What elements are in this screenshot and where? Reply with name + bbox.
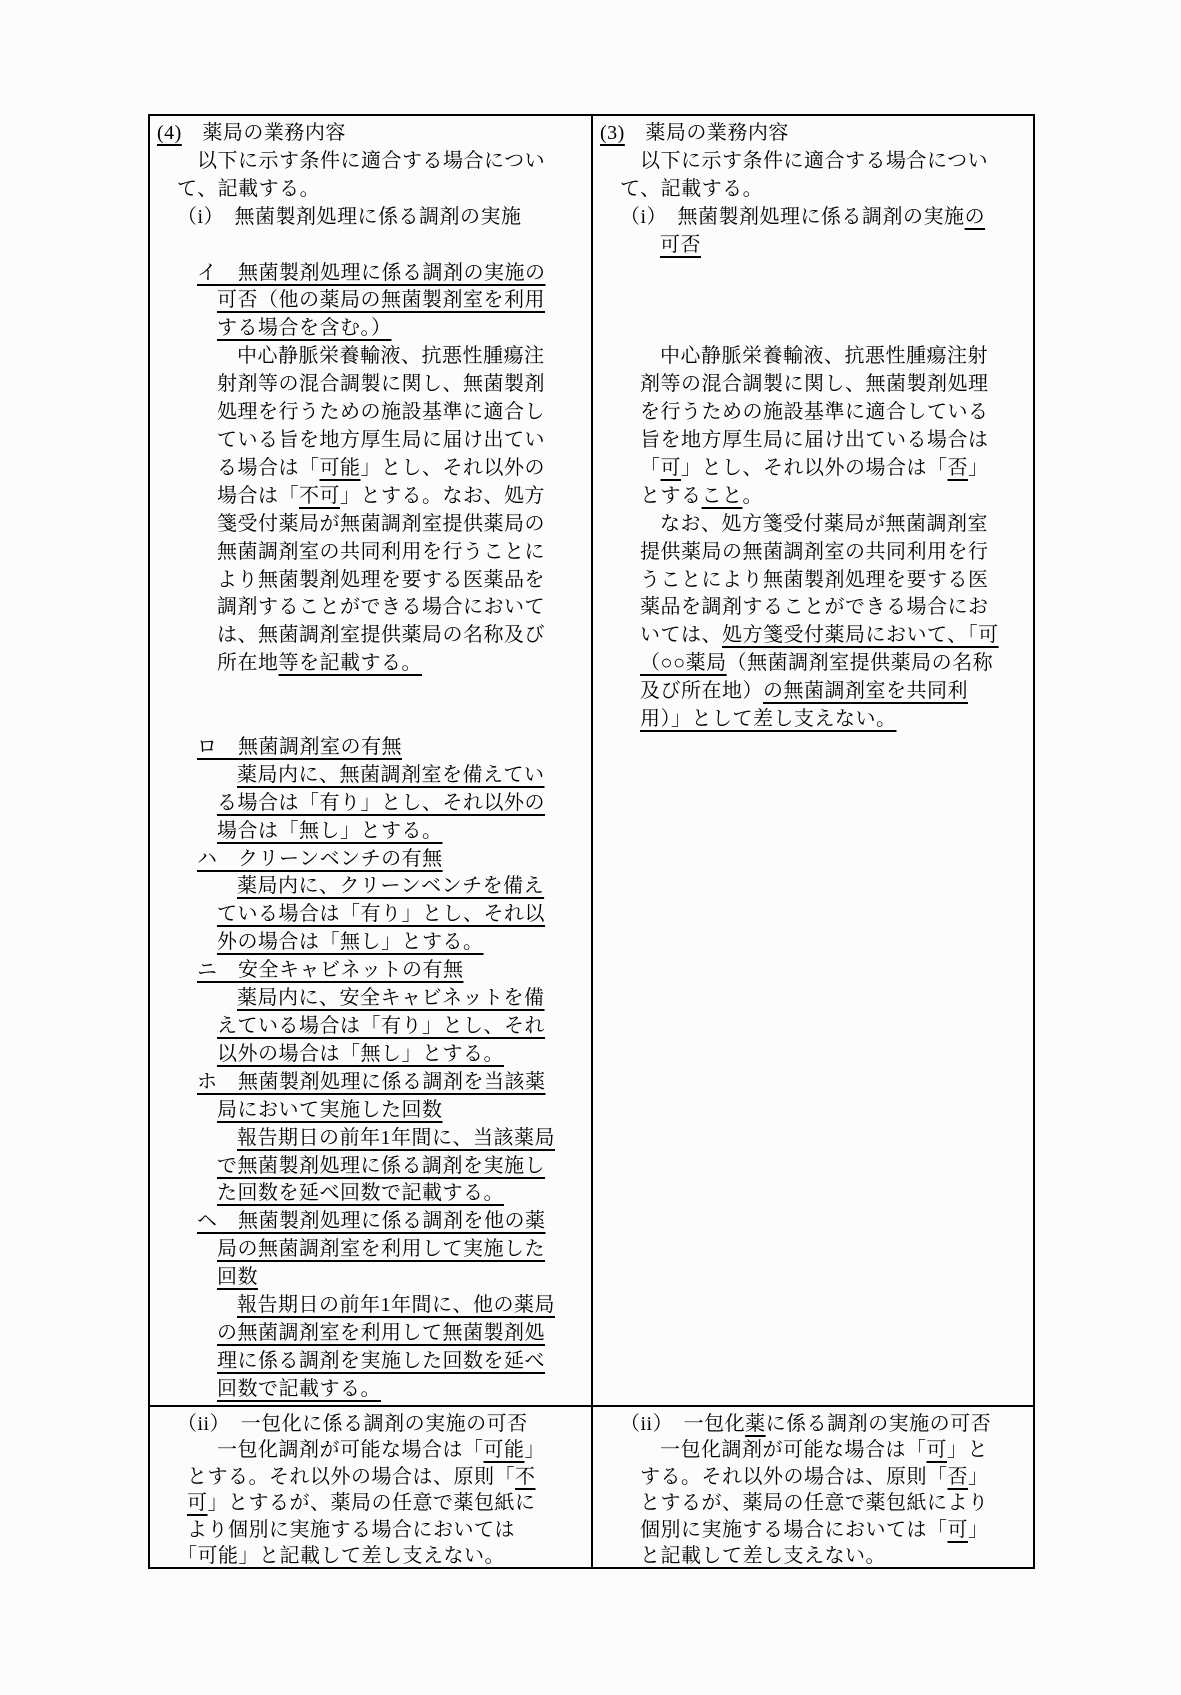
table-cell-row1-left: (4) 薬局の業務内容以下に示す条件に適合する場合について、記載する。（i） 無… — [150, 116, 593, 1407]
text-line: 一包化調剤が可能な場合は「可」と — [600, 1437, 1031, 1463]
text-line: 旨を地方厚生局に届け出ている場合は — [600, 427, 1031, 455]
text-line: （i） 無菌製剤処理に係る調剤の実施の — [600, 204, 1031, 232]
comparison-table: (4) 薬局の業務内容以下に示す条件に適合する場合について、記載する。（i） 無… — [148, 114, 1035, 1569]
underlined-text: 処方箋受付薬局において、「可 — [722, 624, 999, 646]
text: うことにより無菌製剤処理を要する医 — [640, 569, 989, 591]
underlined-text: ホ 無菌製剤処理に係る調剤を当該薬 — [197, 1071, 546, 1093]
text: （ii） 一包化に係る調剤の実施の可否 — [177, 1413, 528, 1435]
text-line: て、記載する。 — [157, 176, 589, 204]
text-line: 可」とするが、薬局の任意で薬包紙に — [157, 1490, 589, 1516]
text: に係る調剤の実施の可否 — [766, 1413, 992, 1435]
underlined-text: の無菌調剤室を共同利 — [763, 680, 968, 702]
text-line — [600, 260, 1031, 288]
text-line: 所在地等を記載する。 — [157, 650, 589, 678]
text-line: 外の場合は「無し」とする。 — [157, 929, 589, 957]
text: 」とし、それ以外の — [361, 457, 546, 479]
text-line: 以下に示す条件に適合する場合につい — [600, 148, 1031, 176]
text: 「 — [640, 457, 661, 479]
text-line: で無菌製剤処理に係る調剤を実施し — [157, 1153, 589, 1181]
text-line: 「可能」と記載して差し支えない。 — [157, 1543, 589, 1567]
text-line: 薬局内に、クリーンベンチを備え — [157, 873, 589, 901]
text-line: 可否 — [600, 232, 1031, 260]
text-line: 可否（他の薬局の無菌製剤室を利用 — [157, 287, 589, 315]
underlined-text: 可否（他の薬局の無菌製剤室を利用 — [217, 289, 545, 311]
table-cell-row2-left: （ii） 一包化に係る調剤の実施の可否一包化調剤が可能な場合は「可能」とする。そ… — [150, 1407, 593, 1567]
text: 中心静脈栄養輸液、抗悪性腫瘍注射 — [660, 345, 988, 367]
underlined-text: の — [965, 206, 986, 228]
text: 」とする。なお、処方 — [340, 485, 545, 507]
text-line: (3) 薬局の業務内容 — [600, 120, 1031, 148]
text: とするが、薬局の任意で薬包紙により — [640, 1492, 989, 1514]
text: とする。それ以外の場合は、原則「 — [187, 1466, 515, 1488]
text-line: 場合は「無し」とする。 — [157, 818, 589, 846]
text: （無菌調剤室提供薬局の名称 — [727, 652, 994, 674]
underlined-text: イ 無菌製剤処理に係る調剤の実施の — [197, 262, 546, 284]
text-line: 「可」とし、それ以外の場合は「否」 — [600, 455, 1031, 483]
text-line: 箋受付薬局が無菌調剤室提供薬局の — [157, 511, 589, 539]
text-line: 無菌調剤室の共同利用を行うことに — [157, 539, 589, 567]
underlined-text: 回数で記載する。 — [217, 1378, 381, 1400]
underlined-text: (4) — [157, 122, 182, 144]
underlined-text: (3) — [600, 122, 625, 144]
underlined-text: ハ クリーンベンチの有無 — [197, 848, 443, 870]
underlined-text: 等を記載する。 — [279, 652, 423, 674]
text-line: より個別に実施する場合においては — [157, 1517, 589, 1543]
underlined-text: ニ 安全キャビネットの有無 — [197, 959, 464, 981]
text: 旨を地方厚生局に届け出ている場合は — [640, 429, 989, 451]
text: いては、 — [640, 624, 722, 646]
text-line: 場合は「不可」とする。なお、処方 — [157, 483, 589, 511]
text-line: （i） 無菌製剤処理に係る調剤の実施 — [157, 204, 589, 232]
text-line: た回数を延べ回数で記載する。 — [157, 1180, 589, 1208]
text-line: 中心静脈栄養輸液、抗悪性腫瘍注射 — [600, 343, 1031, 371]
text-line: ロ 無菌調剤室の有無 — [157, 734, 589, 762]
text: 」とし、それ以外の場合は「 — [681, 457, 948, 479]
text-line: 局の無菌調剤室を利用して実施した — [157, 1236, 589, 1264]
underlined-text: 不可 — [299, 485, 340, 507]
text: より個別に実施する場合においては — [187, 1519, 515, 1541]
text: 「 — [177, 1545, 198, 1567]
underlined-text: 否 — [948, 457, 969, 479]
table-cell-row2-right: （ii） 一包化薬に係る調剤の実施の可否一包化調剤が可能な場合は「可」とする。そ… — [593, 1407, 1033, 1567]
text: 処理を行うための施設基準に適合し — [217, 401, 545, 423]
text-line: えている場合は「有り」とし、それ — [157, 1013, 589, 1041]
text-line: ヘ 無菌製剤処理に係る調剤を他の薬 — [157, 1208, 589, 1236]
text: を行うための施設基準に適合している — [640, 401, 989, 423]
text: 調剤することができる場合において — [217, 596, 545, 618]
underlined-text: 可能 — [198, 1545, 239, 1567]
text-line: て、記載する。 — [600, 176, 1031, 204]
text-line: は、無菌調剤室提供薬局の名称及び — [157, 622, 589, 650]
text-line: 用）」として差し支えない。 — [600, 706, 1031, 734]
text-line: 調剤することができる場合において — [157, 594, 589, 622]
text: 」 — [968, 1466, 989, 1488]
text-line: する。それ以外の場合は、原則「否」 — [600, 1464, 1031, 1490]
underlined-text: ロ 無菌調剤室の有無 — [197, 736, 402, 758]
underlined-text: 不 — [515, 1466, 536, 1488]
text: 個別に実施する場合においては「 — [640, 1519, 948, 1541]
text-line: の無菌調剤室を利用して無菌製剤処 — [157, 1320, 589, 1348]
text-line — [157, 232, 589, 260]
text-line: 処理を行うための施設基準に適合し — [157, 399, 589, 427]
text: （i） 無菌製剤処理に係る調剤の実施 — [620, 206, 965, 228]
underlined-text: 外の場合は「無し」とする。 — [217, 931, 484, 953]
text: 」と — [947, 1439, 988, 1461]
text-line: ている場合は「有り」とし、それ以 — [157, 901, 589, 929]
underlined-text: 以外の場合は「無し」とする。 — [217, 1043, 504, 1065]
text-line: 射剤等の混合調製に関し、無菌製剤 — [157, 371, 589, 399]
underlined-text: えている場合は「有り」とし、それ — [217, 1015, 545, 1037]
text-line: （ii） 一包化薬に係る調剤の実施の可否 — [600, 1411, 1031, 1437]
text: 剤等の混合調製に関し、無菌製剤処理 — [640, 373, 989, 395]
text: て、記載する。 — [620, 178, 763, 200]
underlined-text: 可 — [661, 457, 682, 479]
text-line: 薬局内に、無菌調剤室を備えてい — [157, 762, 589, 790]
text: 」とするが、薬局の任意で薬包紙に — [208, 1492, 536, 1514]
table-cell-row1-right: (3) 薬局の業務内容以下に示す条件に適合する場合について、記載する。（i） 無… — [593, 116, 1033, 1407]
text-line: 薬局内に、安全キャビネットを備 — [157, 985, 589, 1013]
text: 及び所在地） — [640, 680, 763, 702]
text-line: 回数で記載する。 — [157, 1376, 589, 1404]
text-line: ている旨を地方厚生局に届け出てい — [157, 427, 589, 455]
text-line: と記載して差し支えない。 — [600, 1543, 1031, 1567]
text-line: 報告期日の前年1年間に、当該薬局 — [157, 1125, 589, 1153]
text-line: 中心静脈栄養輸液、抗悪性腫瘍注 — [157, 343, 589, 371]
underlined-text: 理に係る調剤を実施した回数を延べ — [217, 1350, 545, 1372]
text: と記載して差し支えない。 — [640, 1545, 886, 1567]
text-line: する場合を含む。） — [157, 315, 589, 343]
underlined-text: で無菌製剤処理に係る調剤を実施し — [217, 1155, 545, 1177]
text-line: （ii） 一包化に係る調剤の実施の可否 — [157, 1411, 589, 1437]
underlined-text: る場合は「有り」とし、それ以外の — [217, 792, 545, 814]
text-line: を行うための施設基準に適合している — [600, 399, 1031, 427]
text-line: 報告期日の前年1年間に、他の薬局 — [157, 1292, 589, 1320]
text-line — [600, 315, 1031, 343]
text: （i） 無菌製剤処理に係る調剤の実施 — [177, 206, 522, 228]
text-line: 及び所在地）の無菌調剤室を共同利 — [600, 678, 1031, 706]
text-line: とすること。 — [600, 483, 1031, 511]
text-line: とする。それ以外の場合は、原則「不 — [157, 1464, 589, 1490]
underlined-text: 薬 — [745, 1413, 766, 1435]
text: は、無菌調剤室提供薬局の名称及び — [217, 624, 545, 646]
underlined-text: 報告期日の前年1年間に、他の薬局 — [237, 1294, 555, 1316]
text-line: ハ クリーンベンチの有無 — [157, 846, 589, 874]
text: 」 — [525, 1439, 546, 1461]
underlined-text: する場合を含む。） — [217, 317, 392, 339]
text: 以下に示す条件に適合する場合につい — [640, 150, 988, 172]
underlined-text: 薬局内に、クリーンベンチを備え — [237, 875, 544, 897]
text-line: 薬品を調剤することができる場合にお — [600, 594, 1031, 622]
underlined-text: 報告期日の前年1年間に、当該薬局 — [237, 1127, 555, 1149]
underlined-text: 薬局内に、無菌調剤室を備えてい — [237, 764, 545, 786]
text: ている旨を地方厚生局に届け出てい — [217, 429, 545, 451]
underlined-text: ヘ 無菌製剤処理に係る調剤を他の薬 — [197, 1210, 546, 1232]
document-page: (4) 薬局の業務内容以下に示す条件に適合する場合について、記載する。（i） 無… — [0, 0, 1181, 1695]
text-line: ニ 安全キャビネットの有無 — [157, 957, 589, 985]
text: する。それ以外の場合は、原則「 — [640, 1466, 948, 1488]
text-line — [157, 706, 589, 734]
text-line: うことにより無菌製剤処理を要する医 — [600, 567, 1031, 595]
text-line: (4) 薬局の業務内容 — [157, 120, 589, 148]
text: 薬局の業務内容 — [625, 122, 789, 144]
text: より無菌製剤処理を要する医薬品を — [217, 569, 545, 591]
text: 場合は「 — [217, 485, 299, 507]
underlined-text: 可能 — [484, 1439, 525, 1461]
underlined-text: こと — [702, 485, 743, 507]
text: 。 — [743, 485, 764, 507]
underlined-text: 可 — [948, 1519, 969, 1541]
text-line: ホ 無菌製剤処理に係る調剤を当該薬 — [157, 1069, 589, 1097]
text: 提供薬局の無菌調剤室の共同利用を行 — [640, 541, 989, 563]
underlined-text: 局の無菌調剤室を利用して実施した — [217, 1238, 545, 1260]
text: 」 — [968, 457, 989, 479]
text: 以下に示す条件に適合する場合につい — [197, 150, 545, 172]
underlined-text: 否 — [948, 1466, 969, 1488]
text-line: る場合は「有り」とし、それ以外の — [157, 790, 589, 818]
text: 」と記載して差し支えない。 — [239, 1545, 506, 1567]
text: 」 — [968, 1519, 989, 1541]
underlined-text: 薬局内に、安全キャビネットを備 — [237, 987, 545, 1009]
underlined-text: 可否 — [660, 234, 701, 256]
text: とする — [640, 485, 702, 507]
underlined-text: た回数を延べ回数で記載する。 — [217, 1182, 504, 1204]
underlined-text: 局において実施した回数 — [217, 1099, 443, 1121]
text-line: （○○薬局（無菌調剤室提供薬局の名称 — [600, 650, 1031, 678]
text-line: 局において実施した回数 — [157, 1097, 589, 1125]
underlined-text: 可 — [927, 1439, 948, 1461]
text-line: いては、処方箋受付薬局において、「可 — [600, 622, 1031, 650]
text: 射剤等の混合調製に関し、無菌製剤 — [217, 373, 545, 395]
text-line: より無菌製剤処理を要する医薬品を — [157, 567, 589, 595]
text: （ii） 一包化 — [620, 1413, 745, 1435]
text: 無菌調剤室の共同利用を行うことに — [217, 541, 545, 563]
text-line: 一包化調剤が可能な場合は「可能」 — [157, 1437, 589, 1463]
underlined-text: 可 — [187, 1492, 208, 1514]
text: 薬品を調剤することができる場合にお — [640, 596, 989, 618]
text-line: なお、処方箋受付薬局が無菌調剤室 — [600, 511, 1031, 539]
text-line: 提供薬局の無菌調剤室の共同利用を行 — [600, 539, 1031, 567]
text-line: とするが、薬局の任意で薬包紙により — [600, 1490, 1031, 1516]
text-line: 理に係る調剤を実施した回数を延べ — [157, 1348, 589, 1376]
text-line: 以下に示す条件に適合する場合につい — [157, 148, 589, 176]
text-line: 剤等の混合調製に関し、無菌製剤処理 — [600, 371, 1031, 399]
text: 所在地 — [217, 652, 279, 674]
text: 中心静脈栄養輸液、抗悪性腫瘍注 — [237, 345, 545, 367]
text-line — [157, 678, 589, 706]
text: 一包化調剤が可能な場合は「 — [660, 1439, 927, 1461]
text-line: る場合は「可能」とし、それ以外の — [157, 455, 589, 483]
text: なお、処方箋受付薬局が無菌調剤室 — [660, 513, 988, 535]
underlined-text: 用）」として差し支えない。 — [640, 708, 897, 730]
text: 薬局の業務内容 — [182, 122, 346, 144]
text-line: イ 無菌製剤処理に係る調剤の実施の — [157, 260, 589, 288]
underlined-text: 回数 — [217, 1266, 258, 1288]
underlined-text: （○○薬局 — [640, 652, 727, 674]
underlined-text: ている場合は「有り」とし、それ以 — [217, 903, 545, 925]
text-line: 個別に実施する場合においては「可」 — [600, 1517, 1031, 1543]
underlined-text: 場合は「無し」とする。 — [217, 820, 443, 842]
text-line: 以外の場合は「無し」とする。 — [157, 1041, 589, 1069]
text-line: 回数 — [157, 1264, 589, 1292]
underlined-text: の無菌調剤室を利用して無菌製剤処 — [217, 1322, 545, 1344]
text: る場合は「 — [217, 457, 320, 479]
underlined-text: 可能 — [320, 457, 361, 479]
text: 一包化調剤が可能な場合は「 — [217, 1439, 484, 1461]
text-line — [600, 287, 1031, 315]
text: て、記載する。 — [177, 178, 320, 200]
text: 箋受付薬局が無菌調剤室提供薬局の — [217, 513, 545, 535]
